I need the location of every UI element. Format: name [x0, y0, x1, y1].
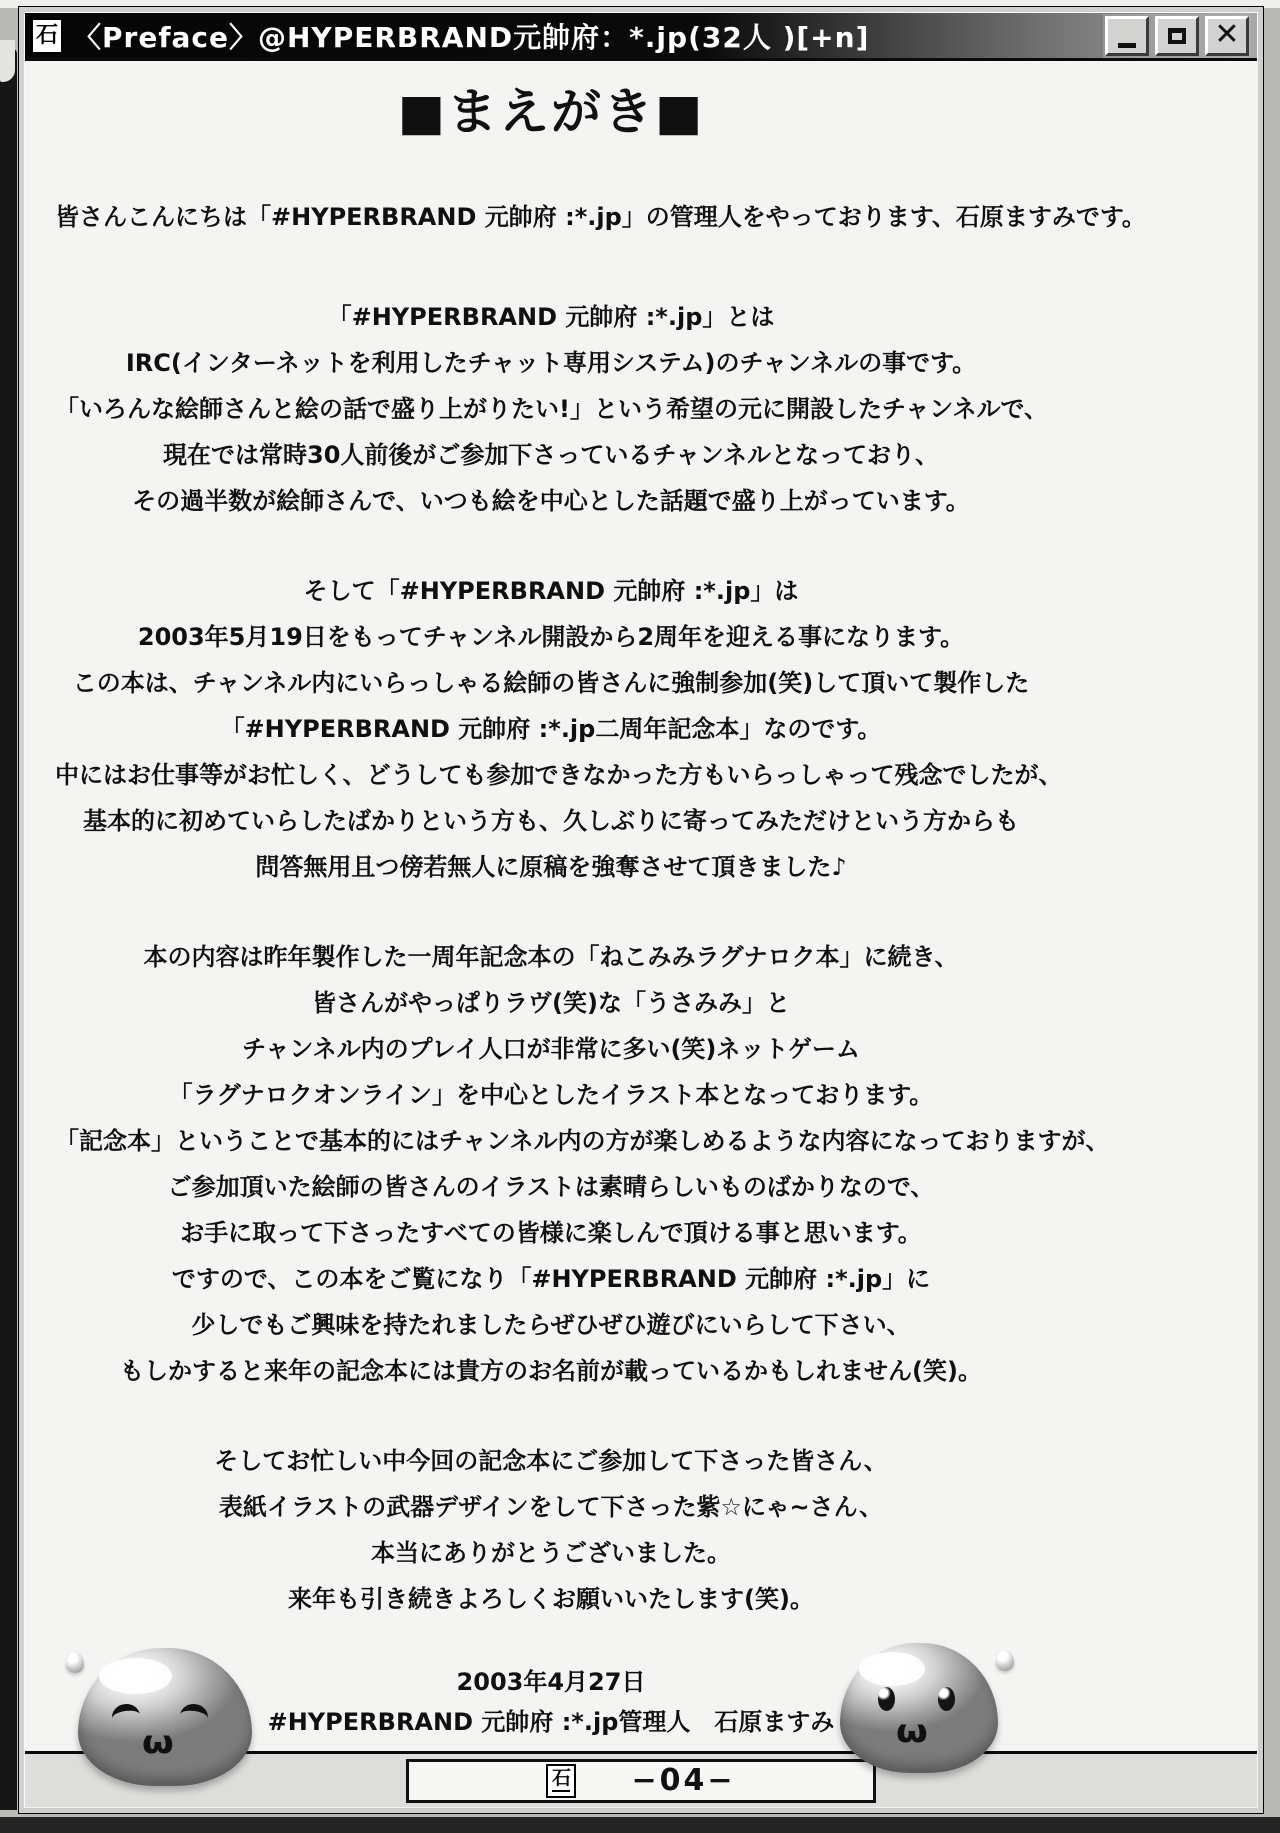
text-line: ご参加頂いた絵師の皆さんのイラストは素晴らしいものばかりなので、 — [55, 1164, 1047, 1210]
slime-eye-left — [878, 1687, 895, 1711]
app-icon-glyph: 石 — [36, 25, 58, 47]
window-controls: ✕ — [1103, 14, 1251, 58]
text-line: 基本的に初めていらしたばかりという方も、久しぶりに寄ってみただけという方からも — [55, 798, 1047, 844]
page-title: ■まえがき■ — [55, 80, 1047, 144]
text-line: IRC(インターネットを利用したチャット専用システム)のチャンネルの事です。 — [55, 340, 1047, 386]
scan-bottom-edge — [0, 1817, 1280, 1833]
minimize-icon — [1118, 43, 1136, 48]
text-line: 来年も引き続きよろしくお願いいたします(笑)。 — [55, 1576, 1047, 1622]
scan-page-curl — [0, 40, 15, 82]
text-line: お手に取って下さったすべての皆様に楽しんで頂ける事と思います。 — [55, 1210, 1047, 1256]
preface-window: 石 〈Preface〉@HYPERBRAND元帥府：*.jp(32人 )[+n]… — [18, 6, 1264, 1814]
page-number-box: 石 −04− — [406, 1759, 876, 1803]
minimize-button[interactable] — [1105, 16, 1149, 56]
window-titlebar: 石 〈Preface〉@HYPERBRAND元帥府：*.jp(32人 )[+n]… — [25, 13, 1257, 61]
droplet-right — [996, 1650, 1014, 1671]
text-line: この本は、チャンネル内にいらっしゃる絵師の皆さんに強制参加(笑)して頂いて製作し… — [55, 660, 1047, 706]
maximize-button[interactable] — [1155, 16, 1199, 56]
text-line: 「記念本」ということで基本的にはチャンネル内の方が楽しめるような内容になっており… — [55, 1118, 1047, 1164]
slime-mouth: ω — [896, 1715, 928, 1747]
text-line: チャンネル内のプレイ人口が非常に多い(笑)ネットゲーム — [55, 1026, 1047, 1072]
text-line: 2003年5月19日をもってチャンネル開設から2周年を迎える事になります。 — [55, 614, 1047, 660]
close-button[interactable]: ✕ — [1205, 16, 1249, 56]
paragraph-anniversary: そして「#HYPERBRAND 元帥府 :*.jp」は2003年5月19日をもっ… — [55, 568, 1047, 890]
footer-logo-bar — [552, 1790, 570, 1792]
intro-line: 皆さんこんにちは「#HYPERBRAND 元帥府 :*.jp」の管理人をやってお… — [55, 194, 1047, 240]
text-line: 「#HYPERBRAND 元帥府 :*.jp二周年記念本」なのです。 — [55, 706, 1047, 752]
paragraph-book-content: 本の内容は昨年製作した一周年記念本の「ねこみみラグナロク本」に続き、皆さんがやっ… — [55, 934, 1047, 1394]
text-line: 本当にありがとうございました。 — [55, 1530, 1047, 1576]
slime-shine — [859, 1652, 925, 1686]
text-line: もしかすると来年の記念本には貴方のお名前が載っているかもしれません(笑)。 — [55, 1348, 1047, 1394]
text-line: 「ラグナロクオンライン」を中心としたイラスト本となっております。 — [55, 1072, 1047, 1118]
text-line: 少しでもご興味を持たれましたらぜひぜひ遊びにいらして下さい、 — [55, 1302, 1047, 1348]
text-line: そして「#HYPERBRAND 元帥府 :*.jp」は — [55, 568, 1047, 614]
text-line: その過半数が絵師さんで、いつも絵を中心とした話題で盛り上がっています。 — [55, 478, 1047, 524]
app-icon: 石 — [31, 18, 63, 54]
text-line: 表紙イラストの武器デザインをして下さった紫☆にゃ~さん、 — [55, 1484, 1047, 1530]
text-line: 本の内容は昨年製作した一周年記念本の「ねこみみラグナロク本」に続き、 — [55, 934, 1047, 980]
droplet-left — [66, 1652, 84, 1673]
page-body: ■まえがき■ 皆さんこんにちは「#HYPERBRAND 元帥府 :*.jp」の管… — [25, 64, 1257, 1754]
footer-logo-glyph: 石 — [552, 1769, 571, 1788]
footer-logo-icon: 石 — [546, 1764, 576, 1798]
text-line: ですので、この本をご覧になり「#HYPERBRAND 元帥府 :*.jp」に — [55, 1256, 1047, 1302]
page-number: −04− — [631, 1763, 735, 1798]
text-line: 問答無用且つ傍若無人に原稿を強奪させて頂きました♪ — [55, 844, 1047, 890]
text-line: そしてお忙しい中今回の記念本にご参加して下さった皆さん、 — [55, 1438, 1047, 1484]
text-line: 「いろんな絵師さんと絵の話で盛り上がりたい!」という希望の元に開設したチャンネル… — [55, 386, 1047, 432]
paragraph-channel-intro: 「#HYPERBRAND 元帥府 :*.jp」とはIRC(インターネットを利用し… — [55, 294, 1047, 524]
scan-left-edge — [0, 48, 17, 1810]
text-line: 皆さんがやっぱりラヴ(笑)な「うさみみ」と — [55, 980, 1047, 1026]
slime-eye-right — [938, 1687, 955, 1711]
paragraph-thanks: そしてお忙しい中今回の記念本にご参加して下さった皆さん、表紙イラストの武器デザイ… — [55, 1438, 1047, 1622]
text-line: 現在では常時30人前後がご参加下さっているチャンネルとなっており、 — [55, 432, 1047, 478]
slime-closed-eye-left — [110, 1702, 141, 1731]
slime-mouth: ω — [142, 1726, 174, 1758]
window-title: 〈Preface〉@HYPERBRAND元帥府：*.jp(32人 )[+n] — [73, 16, 1103, 56]
slime-closed-eye-right — [178, 1702, 209, 1731]
maximize-icon — [1168, 28, 1186, 44]
slime-shine — [99, 1658, 172, 1694]
text-line: 「#HYPERBRAND 元帥府 :*.jp」とは — [55, 294, 1047, 340]
text-line: 中にはお仕事等がお忙しく、どうしても参加できなかった方もいらっしゃって残念でした… — [55, 752, 1047, 798]
close-icon: ✕ — [1214, 20, 1239, 50]
